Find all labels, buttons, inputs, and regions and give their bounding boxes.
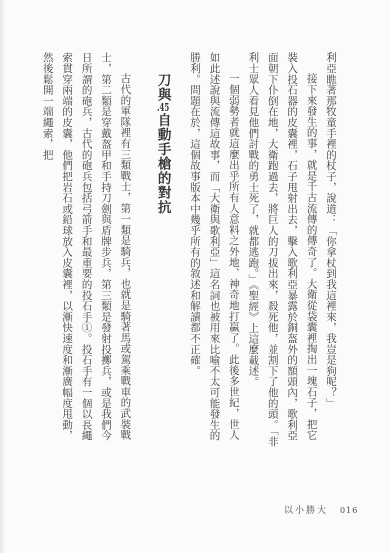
heading-text-start: 刀與	[155, 73, 171, 102]
paragraph-goliath-speech: 利亞瞧著那牧童手裡的杖子，說道：「你拿杖到我這裡來，我豈是狗呢？」	[321, 52, 340, 450]
running-footer-book-title: 以小勝大	[284, 503, 328, 516]
paragraph-legend-retold: 一個弱勢者就這麼出乎所有人意料之外地、神奇地打贏了。此後多世紀，世人如此述說與流…	[185, 52, 243, 450]
book-page: 利亞瞧著那牧童手裡的杖子，說道：「你拿杖到我這裡來，我豈是狗呢？」 接下來發生的…	[0, 0, 390, 553]
paragraph-ancient-armies: 古代的軍隊裡有三類戰士，第一類是騎兵，也就是騎著馬或駕乘戰車的武裝戰士，第二類是…	[37, 52, 134, 450]
page-footer: 以小勝大 016	[284, 503, 358, 516]
heading-caliber-number: .45	[157, 102, 170, 113]
page-number: 016	[340, 506, 358, 515]
heading-text-end: 自動手槍的對抗	[155, 113, 171, 215]
section-heading: 刀與.45自動手槍的對抗	[153, 52, 171, 450]
page-gutter-shadow	[0, 0, 6, 553]
paragraph-david-sling-victory: 接下來發生的事，就是千古流傳的傳奇了。大衛從袋囊裡掏出一塊石子，把它裝入投石器的…	[243, 52, 321, 450]
page-text-area: 利亞瞧著那牧童手裡的杖子，說道：「你拿杖到我這裡來，我豈是狗呢？」 接下來發生的…	[37, 52, 340, 450]
